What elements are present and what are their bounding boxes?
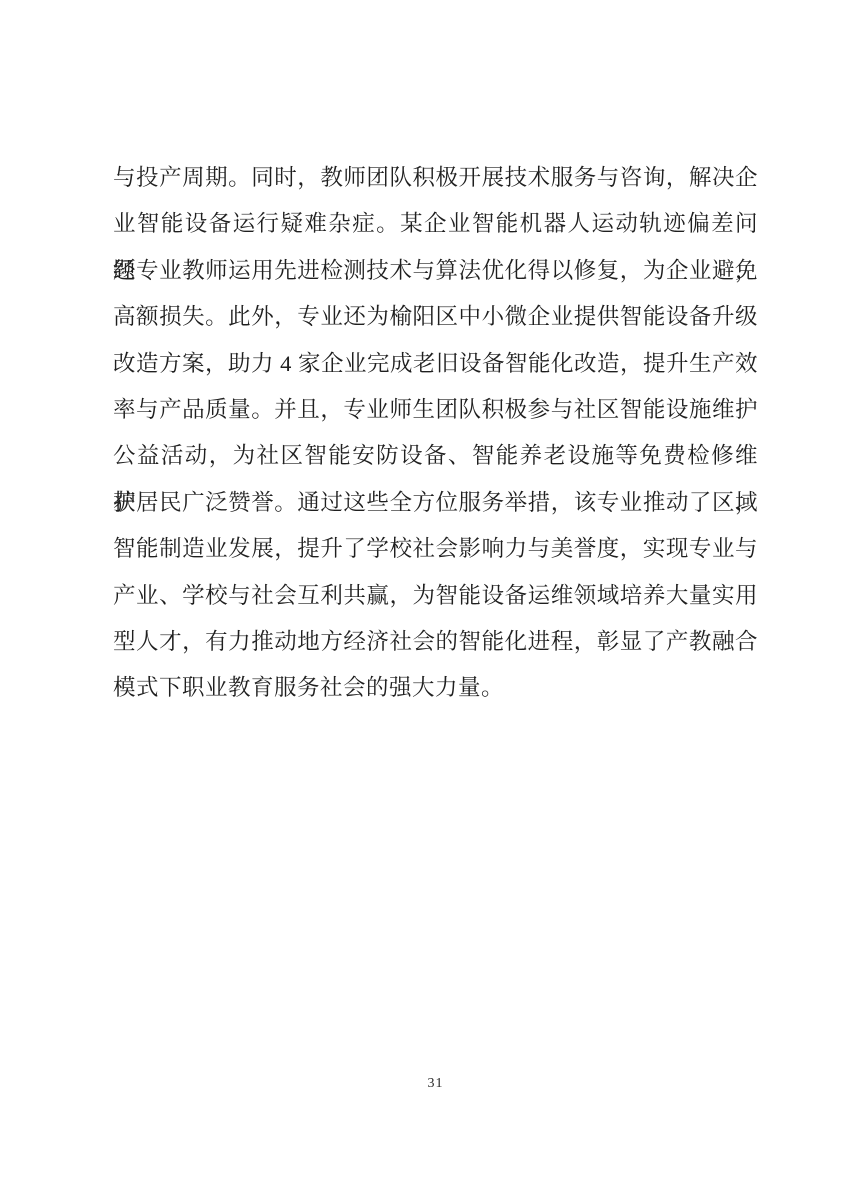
- text-line: 获居民广泛赞誉。通过这些全方位服务举措，该专业推动了区域: [113, 480, 758, 526]
- body-paragraph: 与投产周期。同时，教师团队积极开展技术服务与咨询，解决企业智能设备运行疑难杂症。…: [113, 155, 758, 712]
- text-line: 智能制造业发展，提升了学校社会影响力与美誉度，实现专业与: [113, 526, 758, 572]
- page-number: 31: [113, 1076, 758, 1092]
- document-page: 与投产周期。同时，教师团队积极开展技术服务与咨询，解决企业智能设备运行疑难杂症。…: [0, 0, 848, 1200]
- text-line: 业智能设备运行疑难杂症。某企业智能机器人运动轨迹偏差问题，: [113, 201, 758, 247]
- text-line: 高额损失。此外，专业还为榆阳区中小微企业提供智能设备升级: [113, 294, 758, 340]
- text-line: 改造方案，助力 4 家企业完成老旧设备智能化改造，提升生产效: [113, 341, 758, 387]
- text-line: 与投产周期。同时，教师团队积极开展技术服务与咨询，解决企: [113, 155, 758, 201]
- text-line: 率与产品质量。并且，专业师生团队积极参与社区智能设施维护: [113, 387, 758, 433]
- text-line: 产业、学校与社会互利共赢，为智能设备运维领域培养大量实用: [113, 573, 758, 619]
- text-line: 公益活动，为社区智能安防设备、智能养老设施等免费检修维护，: [113, 433, 758, 479]
- text-line: 型人才，有力推动地方经济社会的智能化进程，彰显了产教融合: [113, 619, 758, 665]
- text-line: 经专业教师运用先进检测技术与算法优化得以修复，为企业避免: [113, 248, 758, 294]
- text-line: 模式下职业教育服务社会的强大力量。: [113, 665, 758, 711]
